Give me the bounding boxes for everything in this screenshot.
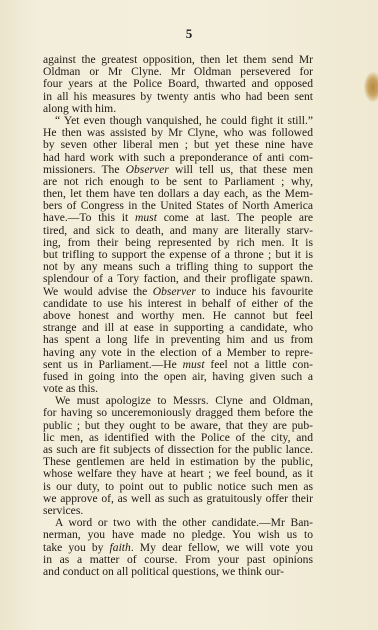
text-line: have.—To this it must come at last. The … [43, 212, 313, 224]
page-number: 5 [0, 26, 378, 42]
text-line: and conduct on all political questions, … [43, 566, 313, 578]
paragraph: A word or two with the other candidate.—… [43, 517, 313, 578]
document-page: 5 against the greatest opposition, then … [0, 0, 378, 630]
paper-stain [364, 72, 378, 102]
paragraph: “ Yet even though vanquished, he could f… [43, 115, 313, 395]
text-line: having any vote in the election of a Mem… [43, 347, 313, 359]
text-line: by seven other liberal men ; but yet the… [43, 139, 313, 151]
text-line: nerman, you have made no pledge. You wis… [43, 529, 313, 541]
text-line: public ; but they ought to be aware, tha… [43, 420, 313, 432]
paragraph: We must apologize to Messrs. Clyne and O… [43, 395, 313, 517]
paragraph: against the greatest opposition, then le… [43, 54, 313, 115]
text-line: is our duty, to point out to public noti… [43, 481, 313, 493]
text-line: take you by faith. My dear fellow, we wi… [43, 542, 313, 554]
text-line: We would advise the Observer to induce h… [43, 286, 313, 298]
text-line: tired, and sick to death, and many are l… [43, 225, 313, 237]
text-line: had hard work with such a preponderance … [43, 152, 313, 164]
text-line: for having so unceremoniously dragged th… [43, 407, 313, 419]
text-line: has spent a long life in preventing him … [43, 334, 313, 346]
text-line: in all his measures by twenty antis who … [43, 91, 313, 103]
text-line: four years at the Police Board, thwarted… [43, 78, 313, 90]
body-text: against the greatest opposition, then le… [43, 54, 313, 578]
text-line: whose welfare they have at heart ; we fe… [43, 468, 313, 480]
text-line: we approve of, as well as such as gratui… [43, 493, 313, 505]
